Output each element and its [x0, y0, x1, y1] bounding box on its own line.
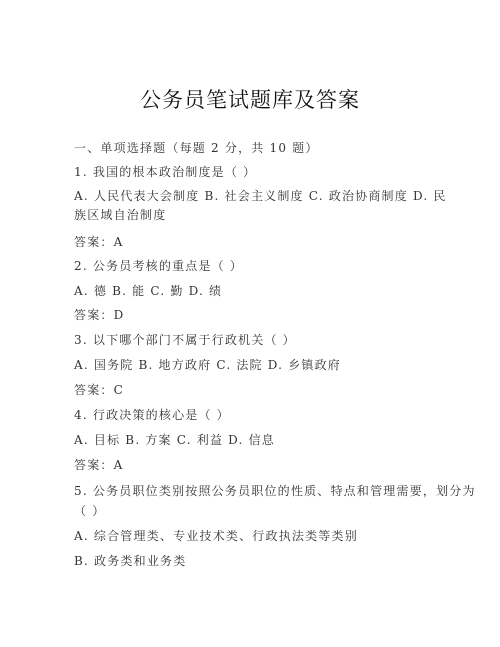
question-2-stem: 2. 公务员考核的重点是（ ） — [74, 257, 243, 274]
question-4-answer: 答案：A — [74, 456, 123, 473]
question-5-option-a: A. 综合管理类、专业技术类、行政执法类等类别 — [74, 527, 358, 544]
question-2-options: A. 德 B. 能 C. 勤 D. 绩 — [74, 282, 222, 299]
section-heading: 一、单项选择题（每题 2 分，共 10 题） — [74, 139, 319, 156]
question-4-options: A. 目标 B. 方案 C. 利益 D. 信息 — [74, 431, 275, 448]
question-4-stem: 4. 行政决策的核心是（ ） — [74, 406, 230, 423]
document-title: 公务员笔试题库及答案 — [0, 84, 500, 114]
question-5-option-b: B. 政务类和业务类 — [74, 552, 186, 569]
document-page: 公务员笔试题库及答案 一、单项选择题（每题 2 分，共 10 题） 1. 我国的… — [0, 0, 500, 647]
question-5-stem: 5. 公务员职位类别按照公务员职位的性质、特点和管理需要，划分为 — [74, 482, 476, 499]
question-2-answer: 答案：D — [74, 306, 124, 323]
question-1-options-cont: 族区域自治制度 — [74, 206, 166, 223]
question-3-options: A. 国务院 B. 地方政府 C. 法院 D. 乡镇政府 — [74, 356, 341, 373]
question-5-stem-cont: （ ） — [74, 502, 105, 519]
question-1-options: A. 人民代表大会制度 B. 社会主义制度 C. 政治协商制度 D. 民 — [74, 187, 447, 204]
question-3-answer: 答案：C — [74, 381, 124, 398]
question-1-stem: 1. 我国的根本政治制度是（ ） — [74, 163, 256, 180]
question-1-answer: 答案：A — [74, 233, 123, 250]
question-3-stem: 3. 以下哪个部门不属于行政机关（ ） — [74, 331, 296, 348]
